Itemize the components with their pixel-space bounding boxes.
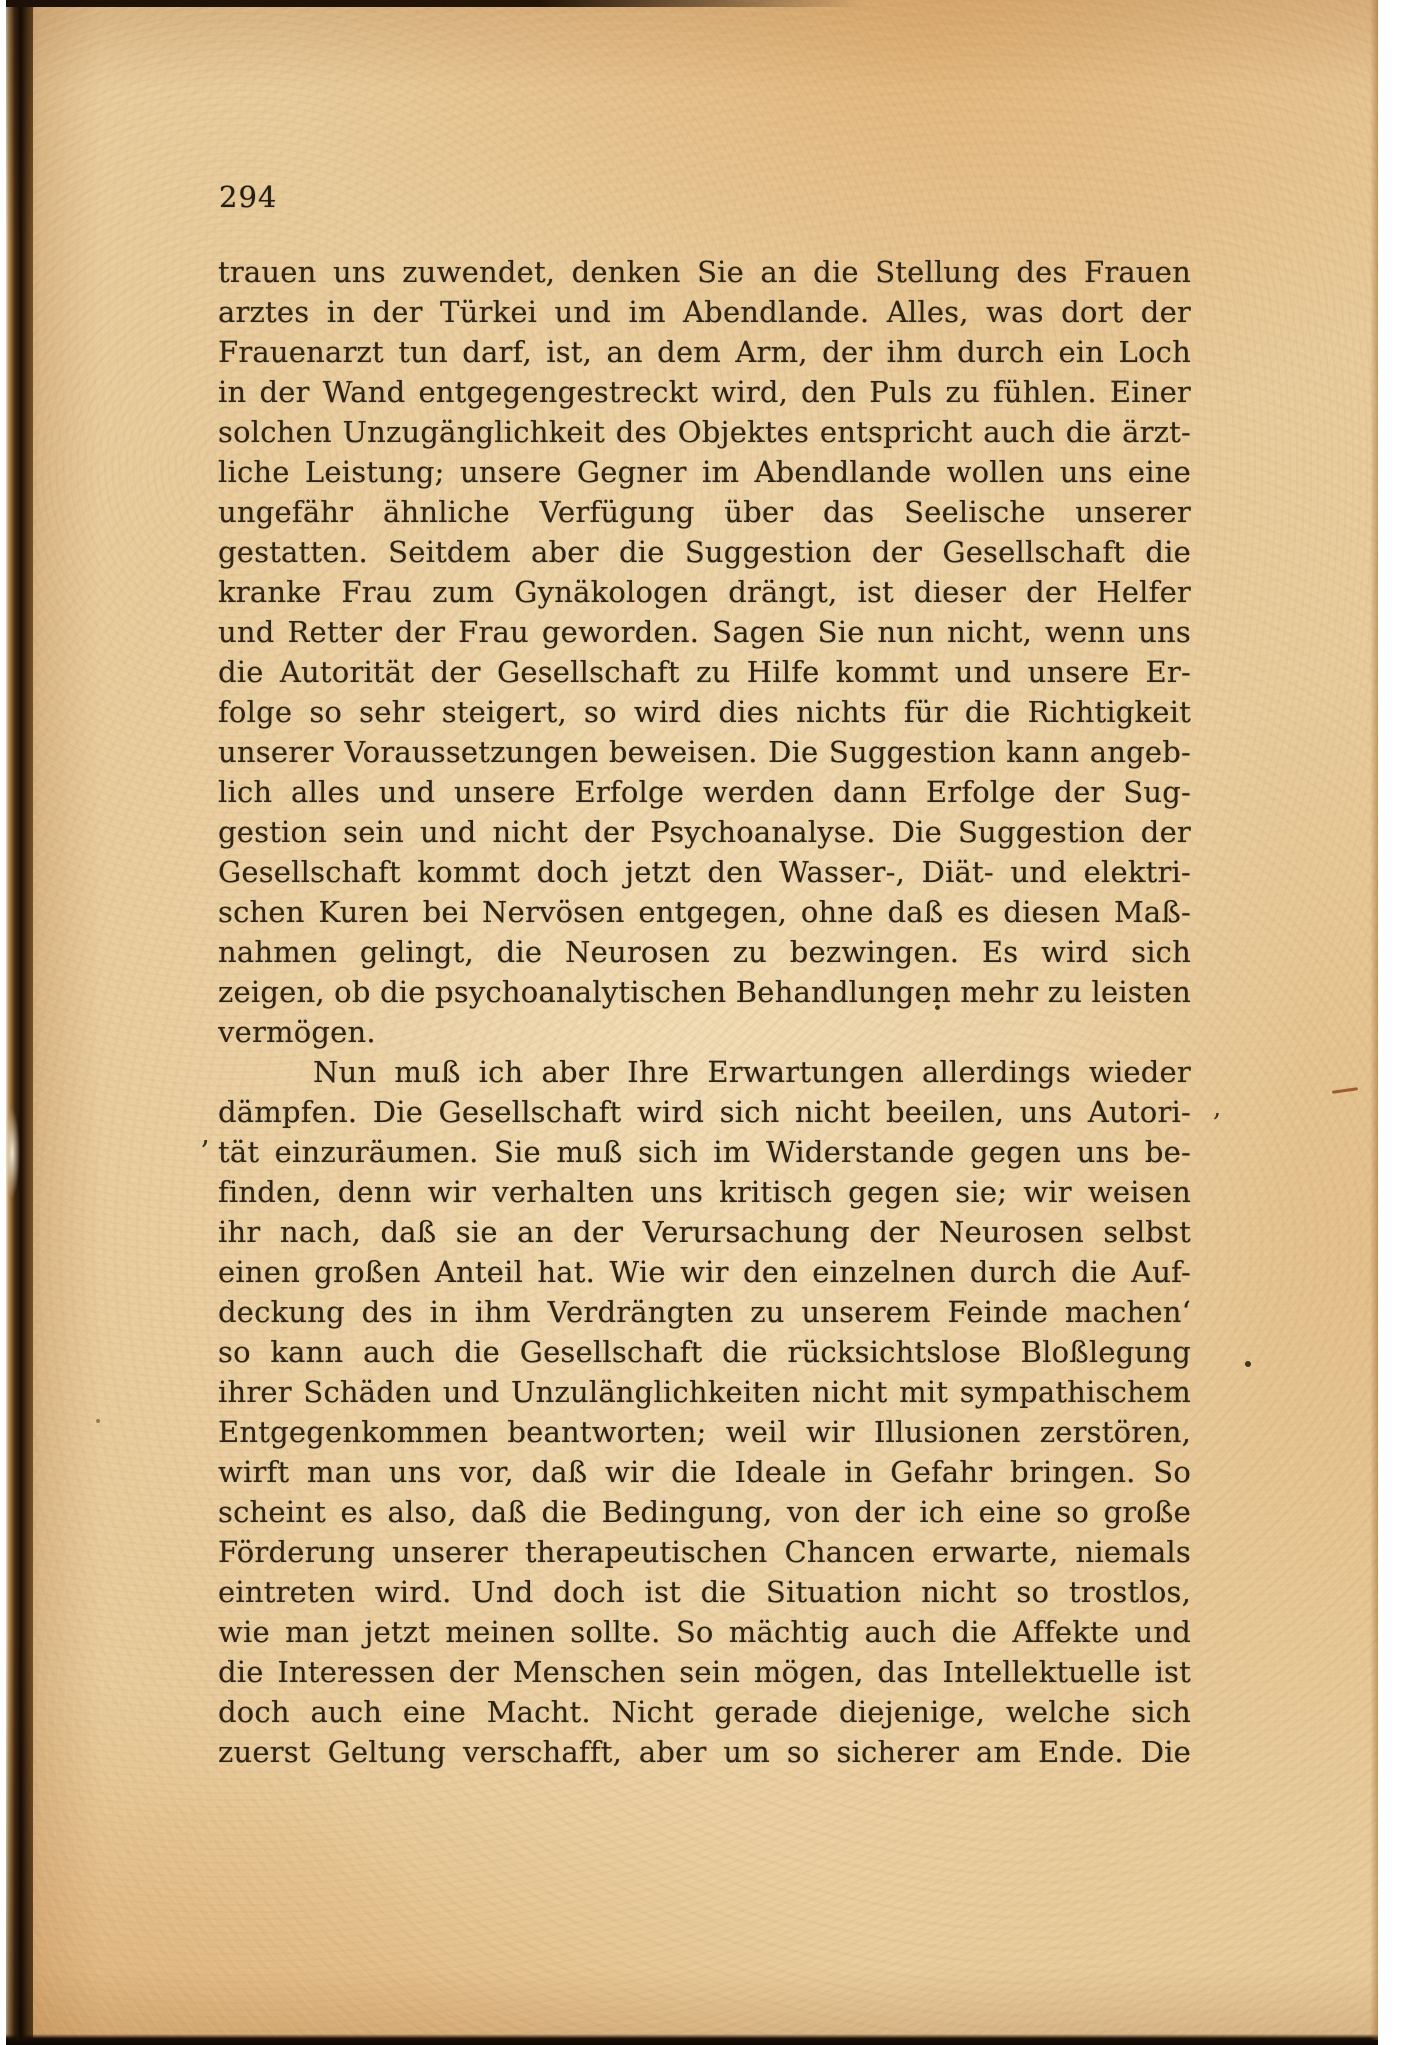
text-line-paragraph-start: Nun muß ich aber Ihre Erwartungen allerd… [218, 1052, 1191, 1092]
binding-edge-shadow [6, 0, 33, 2040]
text-line: gestion sein und nicht der Psychoanalyse… [218, 812, 1191, 852]
paper-right-edge [1370, 0, 1378, 2040]
ink-speck [96, 1419, 100, 1423]
text-line: lich alles und unsere Erfolge werden dan… [218, 772, 1191, 812]
text-line: die Autorität der Gesellschaft zu Hilfe … [218, 652, 1191, 692]
text-line: unserer Voraussetzungen beweisen. Die Su… [218, 732, 1191, 772]
text-line: einen großen Anteil hat. Wie wir den ein… [218, 1252, 1191, 1292]
scan-bottom-edge [6, 2034, 1378, 2045]
text-line: trauen uns zuwendet, denken Sie an die S… [218, 252, 1191, 292]
text-line: kranke Frau zum Gynäkologen drängt, ist … [218, 572, 1191, 612]
text-line: vermögen. [218, 1012, 1191, 1052]
text-line: scheint es also, daß die Bedingung, von … [218, 1492, 1191, 1532]
text-line: ungefähr ähnliche Verfügung über das See… [218, 492, 1191, 532]
book-page-scan: 294 trauen uns zuwendet, denken Sie an d… [0, 0, 1403, 2045]
text-line: doch auch eine Macht. Nicht gerade dieje… [218, 1692, 1191, 1732]
text-line: Frauenarzt tun darf, ist, an dem Arm, de… [218, 332, 1191, 372]
page-number: 294 [219, 180, 277, 214]
stray-comma-mark: , [1213, 1095, 1221, 1121]
text-line: finden, denn wir verhalten uns kritisch … [218, 1172, 1191, 1212]
text-line: wirft man uns vor, daß wir die Ideale in… [218, 1452, 1191, 1492]
text-line: in der Wand entgegengestreckt wird, den … [218, 372, 1191, 412]
text-line: gestatten. Seitdem aber die Suggestion d… [218, 532, 1191, 572]
text-line: ihrer Schäden und Unzulänglichkeiten nic… [218, 1372, 1191, 1412]
text-line: liche Leistung; unsere Gegner im Abendla… [218, 452, 1191, 492]
text-line: ihr nach, daß sie an der Verursachung de… [218, 1212, 1191, 1252]
text-line: solchen Unzugänglichkeit des Objektes en… [218, 412, 1191, 452]
text-line: die Interessen der Menschen sein mögen, … [218, 1652, 1191, 1692]
text-line: Entgegenkommen beantworten; weil wir Ill… [218, 1412, 1191, 1452]
text-line: eintreten wird. Und doch ist die Situati… [218, 1572, 1191, 1612]
ink-speck [1245, 1361, 1251, 1367]
text-block: trauen uns zuwendet, denken Sie an die S… [218, 252, 1191, 1772]
text-line: und Retter der Frau geworden. Sagen Sie … [218, 612, 1191, 652]
scan-top-edge [6, 0, 866, 7]
text-line: dämpfen. Die Gesellschaft wird sich nich… [218, 1092, 1191, 1132]
text-line: Förderung unserer therapeutischen Chance… [218, 1532, 1191, 1572]
text-line: nahmen gelingt, die Neurosen zu bezwinge… [218, 932, 1191, 972]
text-line: tät einzuräumen. Sie muß sich im Widerst… [218, 1132, 1191, 1172]
text-line: wie man jetzt meinen sollte. So mächtig … [218, 1612, 1191, 1652]
stray-tick-mark: ’ [200, 1138, 210, 1168]
text-line: folge so sehr steigert, so wird dies nic… [218, 692, 1191, 732]
text-line: Gesellschaft kommt doch jetzt den Wasser… [218, 852, 1191, 892]
text-line: zeigen, ob die psychoanalytischen Behand… [218, 972, 1191, 1012]
text-line: zuerst Geltung verschafft, aber um so si… [218, 1732, 1191, 1772]
text-line: schen Kuren bei Nervösen entgegen, ohne … [218, 892, 1191, 932]
ink-speck [935, 1005, 940, 1010]
text-line: deckung des in ihm Verdrängten zu unsere… [218, 1292, 1191, 1332]
binding-notch [4, 1108, 20, 1198]
text-line: so kann auch die Gesellschaft die rücksi… [218, 1332, 1191, 1372]
text-line: arztes in der Türkei und im Abendlande. … [218, 292, 1191, 332]
